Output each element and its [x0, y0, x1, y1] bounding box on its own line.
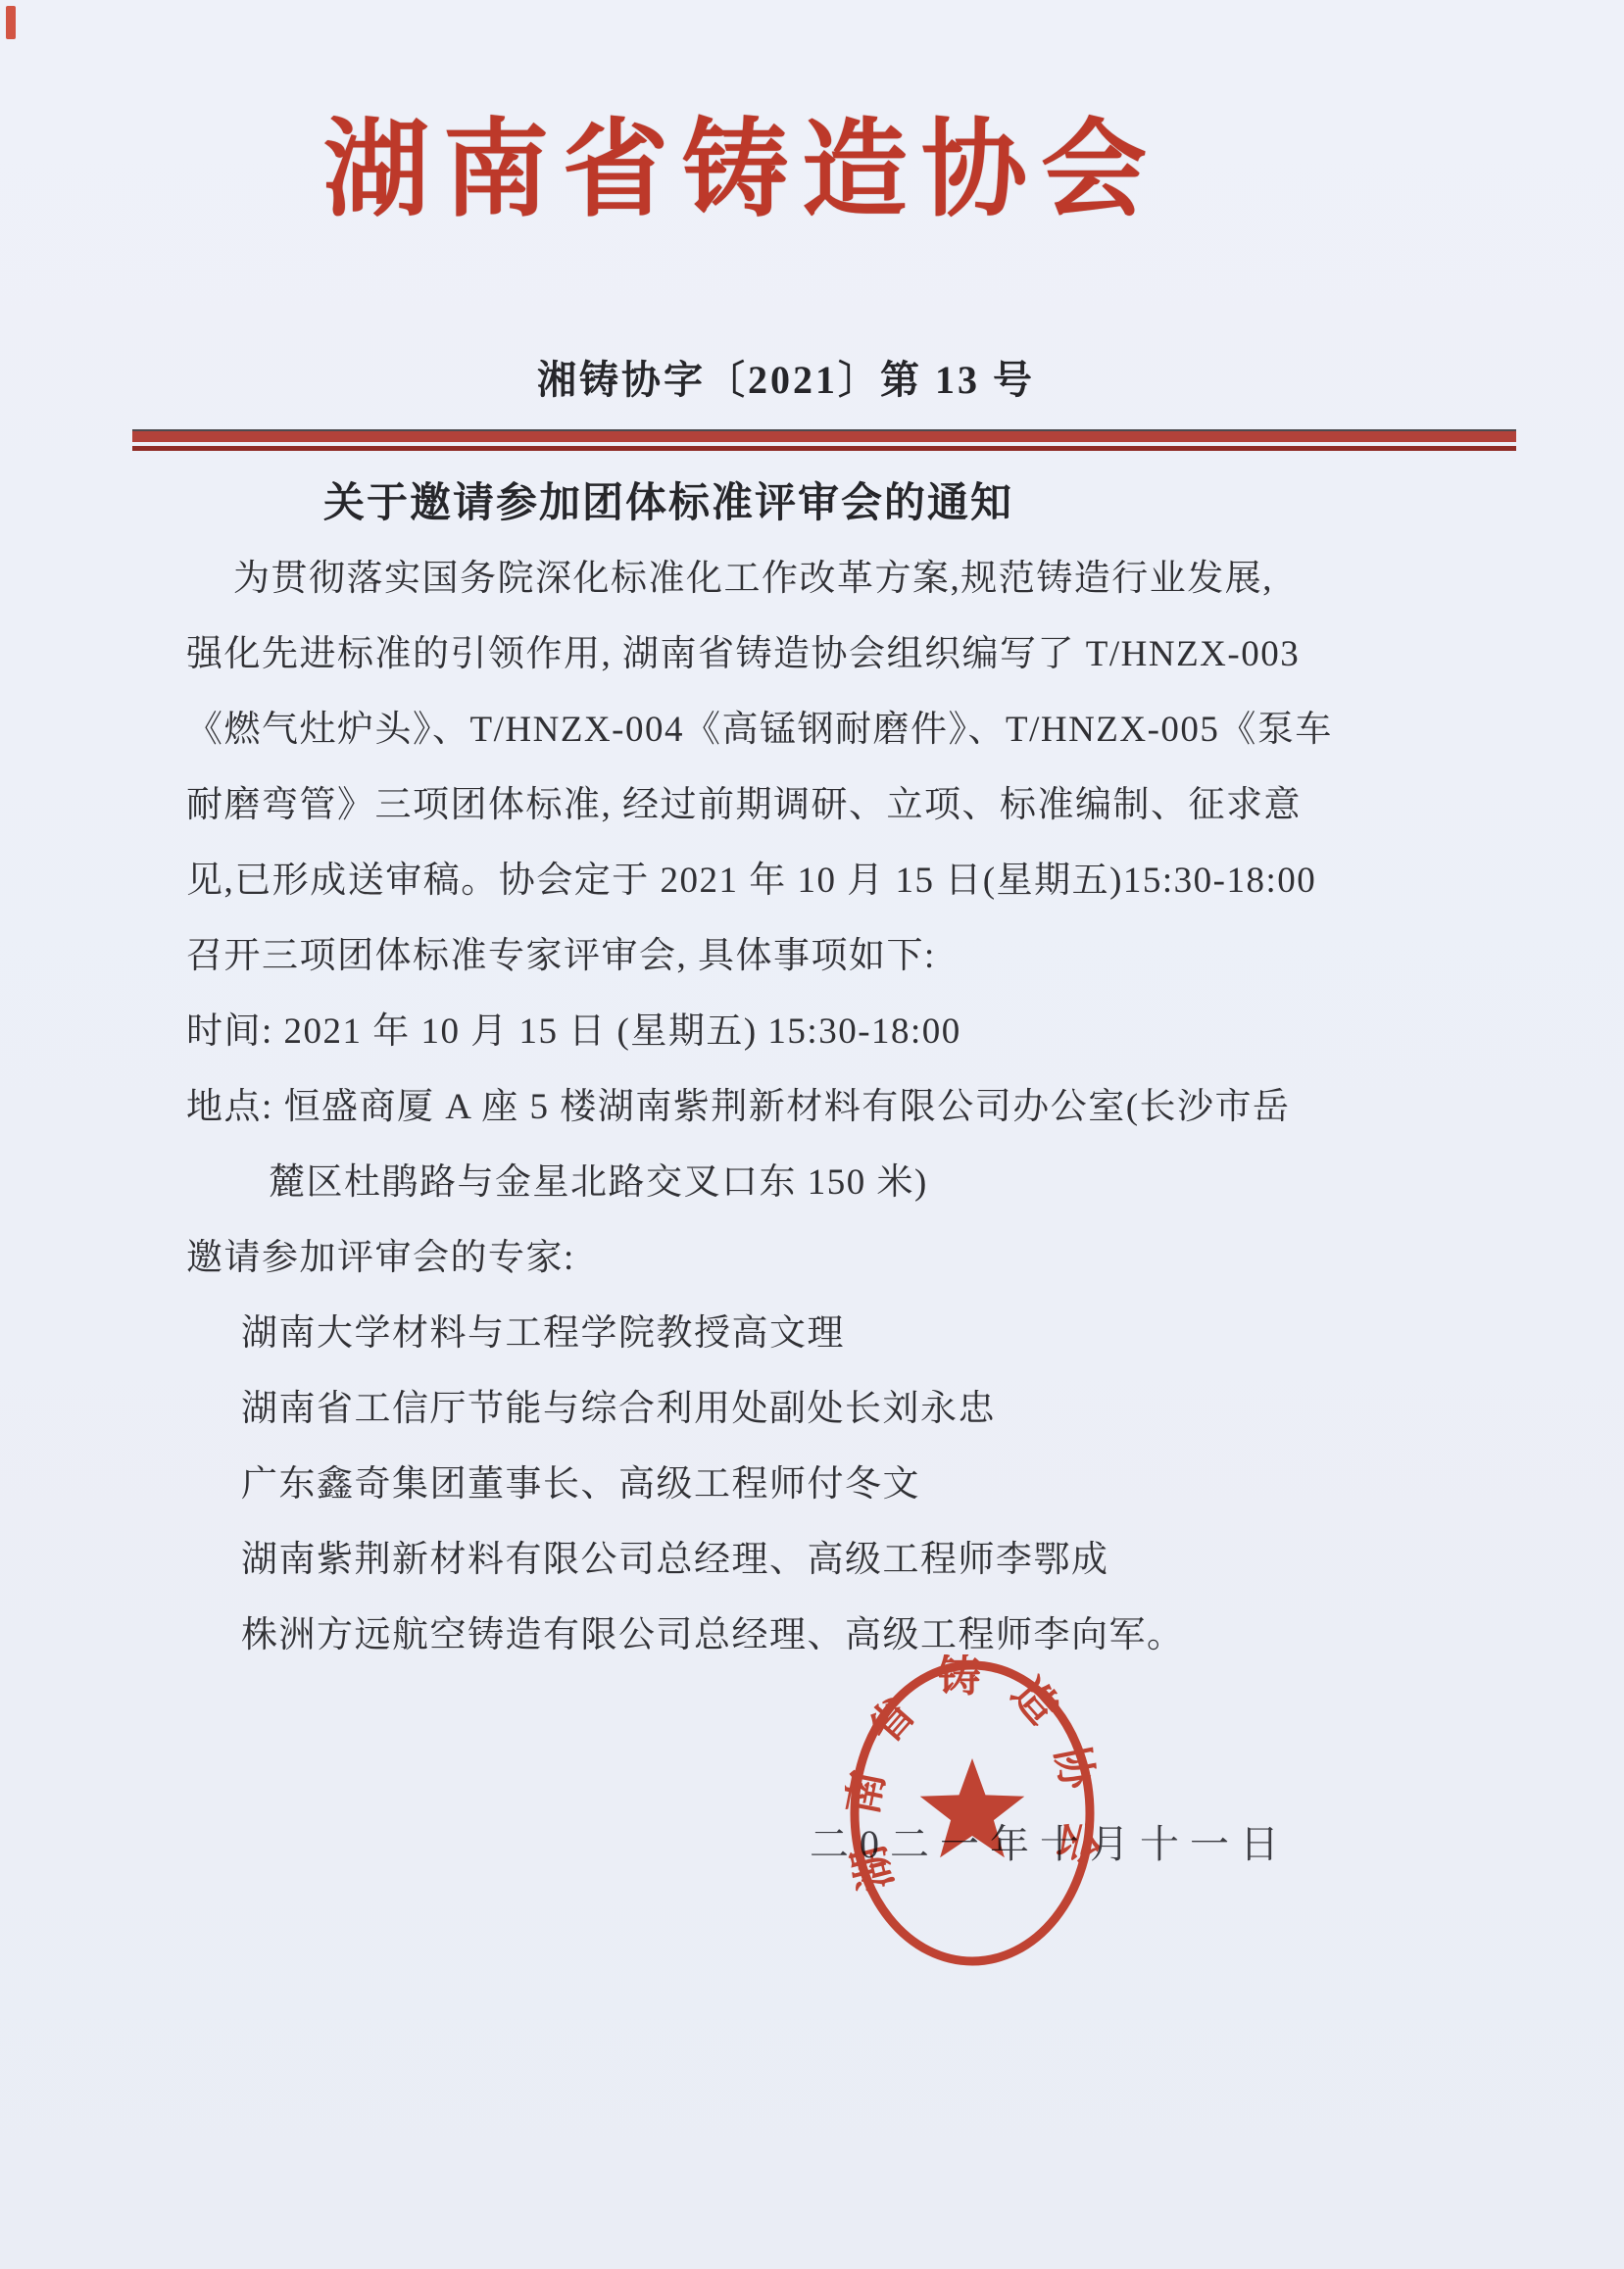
- subject-title: 关于邀请参加团体标准评审会的通知: [323, 470, 1013, 529]
- body-line: 强化先进标准的引领作用, 湖南省铸造协会组织编写了 T/HNZX-003: [186, 617, 1549, 692]
- red-separator-thin: [132, 446, 1516, 451]
- body-line: 耐磨弯管》三项团体标准, 经过前期调研、立项、标准编制、征求意: [186, 767, 1549, 843]
- notice-document: 湖南省铸造协会 湘铸协字〔2021〕第 13 号 关于邀请参加团体标准评审会的通…: [0, 0, 1624, 2269]
- expert-item: 广东鑫奇集团董事长、高级工程师付冬文: [186, 1447, 1549, 1522]
- body-text: 为贯彻落实国务院深化标准化工作改革方案,规范铸造行业发展, 强化先进标准的引领作…: [186, 541, 1549, 1673]
- expert-item: 湖南大学材料与工程学院教授高文理: [186, 1296, 1549, 1371]
- expert-item: 湖南紫荆新材料有限公司总经理、高级工程师李鄂成: [186, 1522, 1549, 1598]
- body-line: 见,已形成送审稿。协会定于 2021 年 10 月 15 日(星期五)15:30…: [186, 843, 1549, 918]
- scan-artifact: [6, 6, 16, 39]
- org-title: 湖南省铸造协会: [323, 114, 1160, 230]
- red-separator: [132, 429, 1516, 451]
- body-line: 《燃气灶炉头》、T/HNZX-004《高锰钢耐磨件》、T/HNZX-005《泵车: [186, 692, 1549, 767]
- body-line: 召开三项团体标准专家评审会, 具体事项如下:: [186, 918, 1549, 994]
- meeting-time-line: 时间: 2021 年 10 月 15 日 (星期五) 15:30-18:00: [186, 994, 1549, 1069]
- experts-intro-line: 邀请参加评审会的专家:: [186, 1220, 1549, 1296]
- expert-item: 湖南省工信厅节能与综合利用处副处长刘永忠: [186, 1371, 1549, 1447]
- body-line: 为贯彻落实国务院深化标准化工作改革方案,规范铸造行业发展,: [186, 541, 1549, 617]
- official-seal: 湖南省铸造协会: [845, 1654, 1100, 1973]
- doc-number: 湘铸协字〔2021〕第 13 号: [537, 349, 1035, 405]
- red-separator-thick: [132, 429, 1516, 442]
- star-icon: [920, 1758, 1025, 1857]
- meeting-place-line-2: 麓区杜鹃路与金星北路交叉口东 150 米): [186, 1145, 1549, 1220]
- meeting-place-line: 地点: 恒盛商厦 A 座 5 楼湖南紫荆新材料有限公司办公室(长沙市岳: [186, 1069, 1549, 1145]
